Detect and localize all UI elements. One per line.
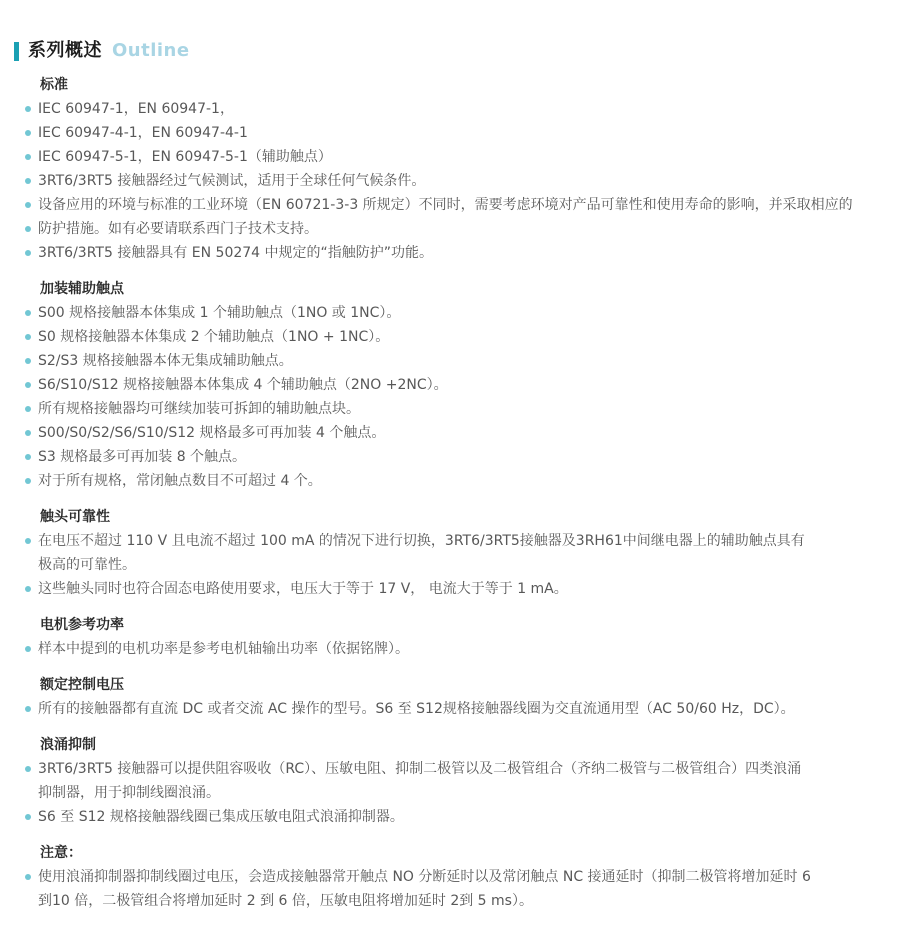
bullet-spacer: [25, 790, 31, 796]
page-title-en: Outline: [112, 40, 190, 62]
bullet-item: 3RT6/3RT5 接触器可以提供阻容吸收（RC）、压敏电阻、抑制二极管以及二极…: [25, 757, 880, 781]
bullet-icon: [25, 130, 31, 136]
bullet-icon: [25, 646, 31, 652]
bullet-item: 抑制器，用于抑制线圈浪涌。: [25, 781, 880, 805]
section-heading: 触头可靠性: [25, 505, 880, 529]
bullet-item: S0 规格接触器本体集成 2 个辅助触点（1NO + 1NC）。: [25, 325, 880, 349]
bullet-icon: [25, 202, 31, 208]
bullet-item: 3RT6/3RT5 接触器具有 EN 50274 中规定的“指触防护”功能。: [25, 241, 880, 265]
section: 触头可靠性在电压不超过 110 V 且电流不超过 100 mA 的情况下进行切换…: [25, 505, 880, 601]
page-header: 系列概述 Outline: [0, 0, 900, 62]
bullet-item: 在电压不超过 110 V 且电流不超过 100 mA 的情况下进行切换，3RT6…: [25, 529, 880, 553]
item-text: 这些触头同时也符合固态电路使用要求，电压大于等于 17 V， 电流大于等于 1 …: [38, 577, 880, 601]
bullet-item: S00 规格接触器本体集成 1 个辅助触点（1NO 或 1NC）。: [25, 301, 880, 325]
item-text: IEC 60947-1，EN 60947-1，: [38, 97, 880, 121]
item-text: 所有的接触器都有直流 DC 或者交流 AC 操作的型号。S6 至 S12规格接触…: [38, 697, 880, 721]
bullet-item: 样本中提到的电机功率是参考电机轴输出功率（依据铭牌）。: [25, 637, 880, 661]
bullet-spacer: [25, 898, 31, 904]
bullet-item: 对于所有规格，常闭触点数目不可超过 4 个。: [25, 469, 880, 493]
item-text: S00/S0/S2/S6/S10/S12 规格最多可再加装 4 个触点。: [38, 421, 880, 445]
page-title-zh: 系列概述: [28, 40, 102, 62]
bullet-icon: [25, 538, 31, 544]
bullet-item: S2/S3 规格接触器本体无集成辅助触点。: [25, 349, 880, 373]
bullet-item: 到10 倍，二极管组合将增加延时 2 到 6 倍，压敏电阻将增加延时 2到 5 …: [25, 889, 880, 913]
bullet-icon: [25, 766, 31, 772]
item-text: 防护措施。如有必要请联系西门子技术支持。: [38, 217, 880, 241]
bullet-item: IEC 60947-1，EN 60947-1，: [25, 97, 880, 121]
bullet-icon: [25, 334, 31, 340]
bullet-item: 设备应用的环境与标准的工业环境（EN 60721-3-3 所规定）不同时，需要考…: [25, 193, 880, 217]
section: 标准IEC 60947-1，EN 60947-1，IEC 60947-4-1，E…: [25, 73, 880, 265]
item-text: 样本中提到的电机功率是参考电机轴输出功率（依据铭牌）。: [38, 637, 880, 661]
bullet-icon: [25, 814, 31, 820]
bullet-spacer: [25, 562, 31, 568]
bullet-item: 防护措施。如有必要请联系西门子技术支持。: [25, 217, 880, 241]
section-heading: 加装辅助触点: [25, 277, 880, 301]
item-text: IEC 60947-4-1，EN 60947-4-1: [38, 121, 880, 145]
bullet-icon: [25, 706, 31, 712]
bullet-item: 3RT6/3RT5 接触器经过气候测试，适用于全球任何气候条件。: [25, 169, 880, 193]
bullet-item: S3 规格最多可再加装 8 个触点。: [25, 445, 880, 469]
bullet-icon: [25, 250, 31, 256]
bullet-icon: [25, 106, 31, 112]
bullet-icon: [25, 358, 31, 364]
section-heading: 额定控制电压: [25, 673, 880, 697]
section: 额定控制电压所有的接触器都有直流 DC 或者交流 AC 操作的型号。S6 至 S…: [25, 673, 880, 721]
item-text: 3RT6/3RT5 接触器具有 EN 50274 中规定的“指触防护”功能。: [38, 241, 880, 265]
item-text: S6/S10/S12 规格接触器本体集成 4 个辅助触点（2NO +2NC）。: [38, 373, 880, 397]
bullet-item: S6/S10/S12 规格接触器本体集成 4 个辅助触点（2NO +2NC）。: [25, 373, 880, 397]
bullet-item: S6 至 S12 规格接触器线圈已集成压敏电阻式浪涌抑制器。: [25, 805, 880, 829]
bullet-item: IEC 60947-5-1，EN 60947-5-1（辅助触点）: [25, 145, 880, 169]
bullet-icon: [25, 586, 31, 592]
section: 加装辅助触点S00 规格接触器本体集成 1 个辅助触点（1NO 或 1NC）。S…: [25, 277, 880, 493]
item-text: S2/S3 规格接触器本体无集成辅助触点。: [38, 349, 880, 373]
item-text: 3RT6/3RT5 接触器可以提供阻容吸收（RC）、压敏电阻、抑制二极管以及二极…: [38, 757, 880, 781]
item-text: 设备应用的环境与标准的工业环境（EN 60721-3-3 所规定）不同时，需要考…: [38, 193, 880, 217]
section: 电机参考功率样本中提到的电机功率是参考电机轴输出功率（依据铭牌）。: [25, 613, 880, 661]
section-heading: 标准: [25, 73, 880, 97]
bullet-icon: [25, 382, 31, 388]
sections-container: 标准IEC 60947-1，EN 60947-1，IEC 60947-4-1，E…: [0, 73, 900, 913]
bullet-item: 极高的可靠性。: [25, 553, 880, 577]
item-text: 3RT6/3RT5 接触器经过气候测试，适用于全球任何气候条件。: [38, 169, 880, 193]
bullet-icon: [25, 430, 31, 436]
bullet-item: 所有的接触器都有直流 DC 或者交流 AC 操作的型号。S6 至 S12规格接触…: [25, 697, 880, 721]
section: 注意：使用浪涌抑制器抑制线圈过电压，会造成接触器常开触点 NO 分断延时以及常闭…: [25, 841, 880, 913]
bullet-icon: [25, 154, 31, 160]
item-text: S3 规格最多可再加装 8 个触点。: [38, 445, 880, 469]
section-heading: 浪涌抑制: [25, 733, 880, 757]
bullet-item: 这些触头同时也符合固态电路使用要求，电压大于等于 17 V， 电流大于等于 1 …: [25, 577, 880, 601]
item-text: S00 规格接触器本体集成 1 个辅助触点（1NO 或 1NC）。: [38, 301, 880, 325]
bullet-icon: [25, 226, 31, 232]
item-text: 所有规格接触器均可继续加装可拆卸的辅助触点块。: [38, 397, 880, 421]
item-text: 对于所有规格，常闭触点数目不可超过 4 个。: [38, 469, 880, 493]
item-text: S6 至 S12 规格接触器线圈已集成压敏电阻式浪涌抑制器。: [38, 805, 880, 829]
bullet-icon: [25, 178, 31, 184]
item-text: 抑制器，用于抑制线圈浪涌。: [38, 781, 880, 805]
section-heading: 电机参考功率: [25, 613, 880, 637]
bullet-item: S00/S0/S2/S6/S10/S12 规格最多可再加装 4 个触点。: [25, 421, 880, 445]
item-text: S0 规格接触器本体集成 2 个辅助触点（1NO + 1NC）。: [38, 325, 880, 349]
bullet-item: 使用浪涌抑制器抑制线圈过电压，会造成接触器常开触点 NO 分断延时以及常闭触点 …: [25, 865, 880, 889]
bullet-icon: [25, 406, 31, 412]
accent-bar-icon: [14, 42, 19, 61]
bullet-icon: [25, 478, 31, 484]
item-text: 使用浪涌抑制器抑制线圈过电压，会造成接触器常开触点 NO 分断延时以及常闭触点 …: [38, 865, 880, 889]
bullet-item: 所有规格接触器均可继续加装可拆卸的辅助触点块。: [25, 397, 880, 421]
bullet-item: IEC 60947-4-1，EN 60947-4-1: [25, 121, 880, 145]
bullet-icon: [25, 310, 31, 316]
bullet-icon: [25, 874, 31, 880]
section-heading: 注意：: [25, 841, 880, 865]
item-text: IEC 60947-5-1，EN 60947-5-1（辅助触点）: [38, 145, 880, 169]
item-text: 极高的可靠性。: [38, 553, 880, 577]
item-text: 到10 倍，二极管组合将增加延时 2 到 6 倍，压敏电阻将增加延时 2到 5 …: [38, 889, 880, 913]
item-text: 在电压不超过 110 V 且电流不超过 100 mA 的情况下进行切换，3RT6…: [38, 529, 880, 553]
bullet-icon: [25, 454, 31, 460]
section: 浪涌抑制3RT6/3RT5 接触器可以提供阻容吸收（RC）、压敏电阻、抑制二极管…: [25, 733, 880, 829]
